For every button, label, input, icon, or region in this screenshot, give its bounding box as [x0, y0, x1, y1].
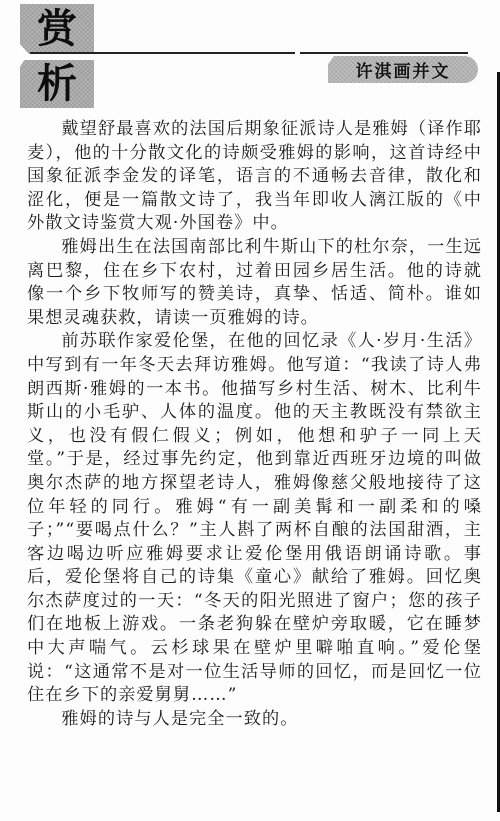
- byline-text: 许淇画并文: [356, 57, 451, 82]
- paragraph-1: 戴望舒最喜欢的法国后期象征派诗人是雅姆（译作耶麦），他的十分散文化的诗颇受雅姆的…: [27, 118, 482, 236]
- header-rule-right: [300, 52, 468, 54]
- paragraph-2: 雅姆出生在法国南部比利牛斯山下的杜尔奈，一生远离巴黎，住在乡下农村，过着田园乡居…: [27, 236, 482, 330]
- title-char-shang: 赏: [37, 9, 77, 49]
- article-body: 戴望舒最喜欢的法国后期象征派诗人是雅姆（译作耶麦），他的十分散文化的诗颇受雅姆的…: [27, 118, 482, 731]
- header-rule-left: [30, 52, 295, 54]
- title-char-xi: 析: [37, 64, 77, 104]
- paragraph-3: 前苏联作家爱伦堡，在他的回忆录《人·岁月·生活》中写到有一年冬天去拜访雅姆。他写…: [27, 330, 482, 708]
- title-block-bottom: 析: [20, 60, 94, 108]
- paragraph-4: 雅姆的诗与人是完全一致的。: [27, 708, 482, 732]
- byline-badge: 许淇画并文: [328, 56, 478, 83]
- magazine-page: 赏 析 许淇画并文 戴望舒最喜欢的法国后期象征派诗人是雅姆（译作耶麦），他的十分…: [0, 0, 500, 821]
- title-block-top: 赏: [20, 4, 94, 54]
